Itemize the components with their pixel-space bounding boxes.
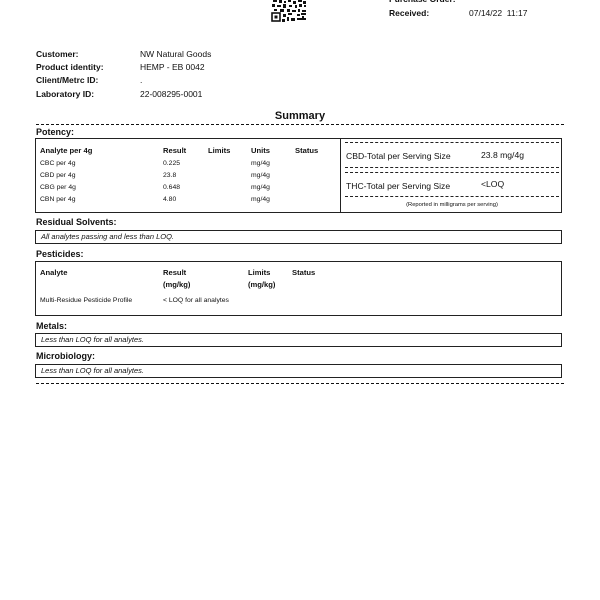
received-value: 07/14/22 11:17	[469, 8, 527, 18]
received-label: Received:	[389, 8, 429, 18]
row-analyte: CBG per 4g	[40, 184, 76, 191]
divider	[345, 172, 559, 173]
microbiology-heading: Microbiology:	[36, 351, 95, 361]
customer-label: Customer:	[36, 49, 79, 59]
thc-total-label: THC-Total per Serving Size	[346, 181, 450, 191]
pesticides-col-status: Status	[292, 268, 315, 277]
qr-code-icon	[271, 0, 307, 23]
microbiology-note: Less than LOQ for all analytes.	[36, 365, 561, 376]
summary-title: Summary	[0, 110, 600, 122]
row-units: mg/4g	[251, 184, 270, 191]
divider	[36, 124, 564, 125]
row-result: 0.648	[163, 184, 180, 191]
row-result: < LOQ for all analytes	[163, 297, 229, 304]
row-result: 23.8	[163, 172, 176, 179]
row-analyte: CBN per 4g	[40, 196, 76, 203]
customer-value: NW Natural Goods	[140, 49, 211, 59]
potency-heading: Potency:	[36, 127, 74, 137]
divider	[36, 383, 564, 384]
client-metrc-id-label: Client/Metrc ID:	[36, 75, 98, 85]
purchase-order-label: Purchase Order:	[389, 0, 456, 4]
pesticides-table: Analyte Result (mg/kg) Limits (mg/kg) St…	[35, 261, 562, 316]
serving-size-panel: CBD-Total per Serving Size 23.8 mg/4g TH…	[340, 138, 563, 213]
pesticides-col-result-units: (mg/kg)	[163, 280, 190, 289]
divider	[345, 196, 559, 197]
serving-note: (Reported in milligrams per serving)	[341, 202, 563, 208]
row-result: 4.80	[163, 196, 176, 203]
thc-total-value: <LOQ	[481, 179, 504, 189]
potency-col-status: Status	[295, 146, 318, 155]
metals-heading: Metals:	[36, 321, 67, 331]
pesticides-col-analyte: Analyte	[40, 268, 67, 277]
divider	[345, 167, 559, 168]
cbd-total-label: CBD-Total per Serving Size	[346, 151, 451, 161]
row-analyte: CBC per 4g	[40, 160, 76, 167]
row-units: mg/4g	[251, 196, 270, 203]
row-units: mg/4g	[251, 172, 270, 179]
metals-box: Less than LOQ for all analytes.	[35, 333, 562, 347]
row-units: mg/4g	[251, 160, 270, 167]
residual-solvents-note: All analytes passing and less than LOQ.	[36, 231, 561, 242]
divider	[345, 142, 559, 143]
residual-solvents-heading: Residual Solvents:	[36, 217, 117, 227]
cbd-total-value: 23.8 mg/4g	[481, 150, 524, 160]
potency-col-analyte: Analyte per 4g	[40, 146, 92, 155]
potency-col-limits: Limits	[208, 146, 230, 155]
potency-col-units: Units	[251, 146, 270, 155]
metals-note: Less than LOQ for all analytes.	[36, 334, 561, 345]
residual-solvents-box: All analytes passing and less than LOQ.	[35, 230, 562, 244]
pesticides-heading: Pesticides:	[36, 249, 84, 259]
pesticides-col-result: Result	[163, 268, 186, 277]
potency-col-result: Result	[163, 146, 186, 155]
pesticides-col-limits: Limits	[248, 268, 270, 277]
microbiology-box: Less than LOQ for all analytes.	[35, 364, 562, 378]
client-metrc-id-value: .	[140, 75, 142, 85]
laboratory-id-value: 22-008295-0001	[140, 89, 202, 99]
pesticides-col-limits-units: (mg/kg)	[248, 280, 275, 289]
laboratory-id-label: Laboratory ID:	[36, 89, 94, 99]
row-result: 0.225	[163, 160, 180, 167]
product-identity-value: HEMP - EB 0042	[140, 62, 205, 72]
product-identity-label: Product identity:	[36, 62, 104, 72]
row-analyte: CBD per 4g	[40, 172, 76, 179]
row-analyte: Multi-Residue Pesticide Profile	[40, 297, 132, 304]
